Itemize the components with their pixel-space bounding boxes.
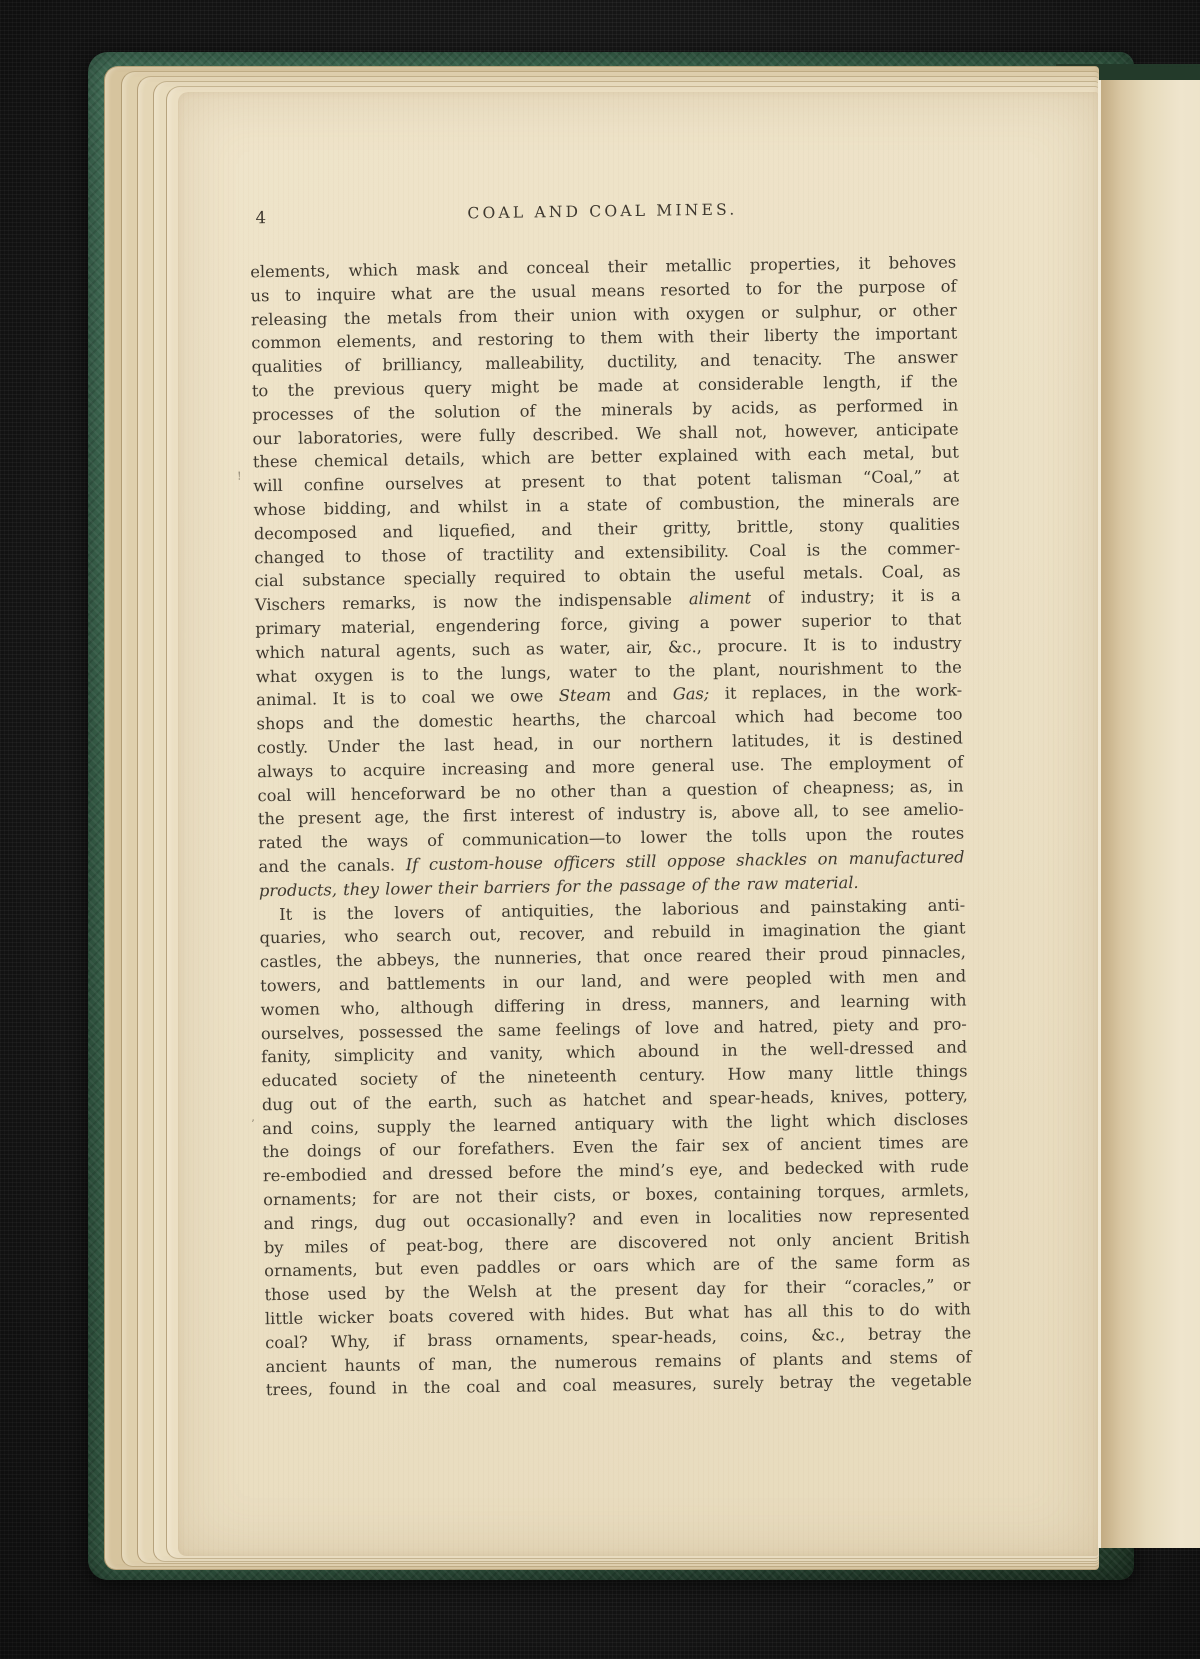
print-artifact: ! — [237, 470, 242, 483]
page-header: 4 COAL AND COAL MINES. — [249, 198, 955, 232]
facing-page-gutter — [1098, 80, 1200, 1548]
book-page: 4 COAL AND COAL MINES. elements, which m… — [178, 92, 1098, 1556]
book-photograph: 4 COAL AND COAL MINES. elements, which m… — [0, 0, 1200, 1659]
running-title: COAL AND COAL MINES. — [249, 198, 955, 226]
print-artifact: ’ — [251, 1117, 255, 1130]
page-body: elements, which mask and conceal their m… — [250, 251, 972, 1403]
page-number: 4 — [255, 208, 266, 227]
page-content: 4 COAL AND COAL MINES. elements, which m… — [168, 86, 1108, 1563]
